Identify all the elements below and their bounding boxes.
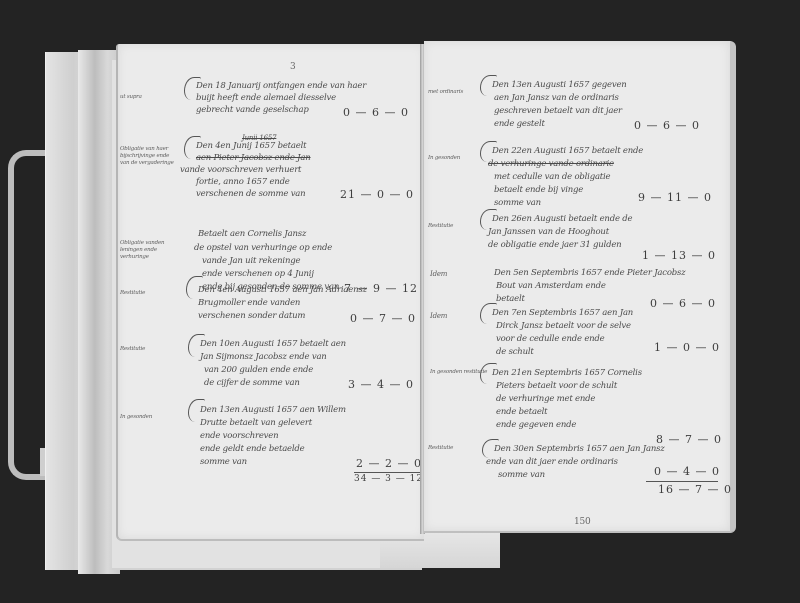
entry-line: Den 22en Augusti 1657 betaelt ende bbox=[492, 145, 643, 157]
entry-amount: 0 — 7 — 0 bbox=[350, 312, 416, 325]
entry-line: Den 7en Septembris 1657 aen Jan bbox=[492, 307, 633, 319]
margin-note: Restitutie bbox=[428, 223, 486, 230]
entry-line: voor de cedulle ende ende bbox=[496, 333, 605, 345]
margin-note: Idem bbox=[430, 271, 488, 278]
entry-line: geschreven betaelt van dit jaer bbox=[494, 105, 622, 117]
total-rule bbox=[354, 472, 422, 473]
entry-line: Betaelt aen Cornelis Jansz bbox=[198, 228, 306, 240]
entry-line: buijt heeft ende alemael diesselve bbox=[196, 92, 336, 104]
entry-line: Bout van Amsterdam ende bbox=[496, 280, 606, 292]
entry-line: fortie, anno 1657 ende bbox=[196, 176, 290, 188]
margin-note: met ordinaris bbox=[428, 89, 486, 96]
margin-note: Obligatie vanden leningen ende verhuring… bbox=[120, 240, 178, 261]
entry-line: Den 18 Januarij ontfangen ende van haer bbox=[196, 80, 366, 92]
folio-number: 150 bbox=[574, 517, 591, 527]
entry-line: Den 13en Augusti 1657 gegeven bbox=[492, 79, 627, 91]
entry-line: vande voorschreven verhuert bbox=[180, 164, 301, 176]
entry-line: aen Jan Jansz van de ordinaris bbox=[494, 92, 619, 104]
entry-line: van 200 gulden ende ende bbox=[204, 364, 313, 376]
entry-line: ende geldt ende betaelde bbox=[200, 443, 304, 455]
entry-amount: 1 — 13 — 0 bbox=[642, 249, 716, 262]
entry-line: de verhuringe vande ordinarie bbox=[488, 158, 614, 170]
entry-line: betaelt bbox=[496, 293, 525, 305]
entry-amount: 0 — 6 — 0 bbox=[650, 297, 716, 310]
entry-line: ende voorschreven bbox=[200, 430, 278, 442]
entry-line: somme van bbox=[494, 197, 541, 209]
entry-amount: 0 — 6 — 0 bbox=[634, 119, 700, 132]
entry-amount: 21 — 0 — 0 bbox=[340, 188, 414, 201]
page-total: 16 — 7 — 0 bbox=[658, 483, 732, 496]
entry-line: de cijfer de somme van bbox=[204, 377, 300, 389]
entry-amount: 3 — 4 — 0 bbox=[348, 378, 414, 391]
entry-line: ende betaelt bbox=[496, 406, 547, 418]
entry-line: de obligatie ende jaer 31 gulden bbox=[488, 239, 621, 251]
entry-line: Den 13en Augusti 1657 aen Willem bbox=[200, 404, 346, 416]
entry-line: verschenen de somme van bbox=[196, 188, 305, 200]
margin-note: In gesonden bbox=[428, 155, 486, 162]
page-top-mark: 3 bbox=[290, 62, 296, 72]
margin-note: Restitutie bbox=[120, 346, 178, 353]
entry-line: Den 30en Septembris 1657 aen Jan Jansz bbox=[494, 443, 665, 455]
entry-line: de verhuringe met ende bbox=[496, 393, 595, 405]
left-page: 3 ut supra Den 18 Januarij ontfangen end… bbox=[116, 44, 424, 541]
entry-amount: 8 — 7 — 0 bbox=[656, 433, 722, 446]
entry-line: ende gegeven ende bbox=[496, 419, 576, 431]
entry-line: aen Pieter Jacobsz ende Jan bbox=[196, 152, 311, 164]
entry-line: Den 5en Septembris 1657 ende Pieter Jaco… bbox=[494, 267, 685, 279]
entry-line: somme van bbox=[200, 456, 247, 468]
entry-line: Den 21en Septembris 1657 Cornelis bbox=[492, 367, 642, 379]
entry-line: de opstel van verhuringe op ende bbox=[194, 242, 332, 254]
entry-line: Pieters betaelt voor de schult bbox=[496, 380, 617, 392]
entry-line: somme van bbox=[498, 469, 545, 481]
margin-note: ut supra bbox=[120, 94, 178, 101]
entry-line: gebrecht vande geselschap bbox=[196, 104, 309, 116]
entry-line: ende gestelt bbox=[494, 118, 545, 130]
margin-note: Obligatie van haer bijschrijvinge ende v… bbox=[120, 146, 178, 167]
entry-amount: 9 — 11 — 0 bbox=[638, 191, 712, 204]
total-rule bbox=[646, 481, 718, 482]
margin-note: In gesonden bbox=[120, 414, 178, 421]
entry-line: Den 26en Augusti betaelt ende de bbox=[492, 213, 632, 225]
entry-line: met cedulle van de obligatie bbox=[494, 171, 610, 183]
ledger-photo: 3 ut supra Den 18 Januarij ontfangen end… bbox=[0, 0, 800, 603]
right-page: met ordinaris Den 13en Augusti 1657 gege… bbox=[424, 41, 736, 533]
entry-line: Den 4en Junij 1657 betaelt bbox=[196, 140, 306, 152]
entry-amount: 2 — 2 — 0 bbox=[356, 457, 422, 470]
entry-line: Brugmoller ende vanden bbox=[198, 297, 300, 309]
margin-note: Restitutie bbox=[428, 445, 486, 452]
entry-line: Jan Janssen van de Hooghout bbox=[488, 226, 609, 238]
entry-amount: 0 — 4 — 0 bbox=[654, 465, 720, 478]
entry-line: Jan Sijmonsz Jacobsz ende van bbox=[200, 351, 327, 363]
entry-line: de schult bbox=[496, 346, 534, 358]
entry-line: Den 4en Augusti 1657 aen Jan Adriaensz bbox=[198, 284, 367, 296]
entry-amount: 0 — 6 — 0 bbox=[343, 106, 409, 119]
entry-line: vande Jan uit rekeninge bbox=[202, 255, 300, 267]
entry-line: Drutte betaelt van gelevert bbox=[200, 417, 312, 429]
entry-line: verschenen sonder datum bbox=[198, 310, 305, 322]
page-total: 34 — 3 — 12 bbox=[354, 474, 423, 484]
entry-line: ende verschenen op 4 Junij bbox=[202, 268, 314, 280]
entry-amount: 1 — 0 — 0 bbox=[654, 341, 720, 354]
entry-line: betaelt ende bij vinge bbox=[494, 184, 583, 196]
entry-line: ende van dit jaer ende ordinaris bbox=[486, 456, 618, 468]
entry-line: Dirck Jansz betaelt voor de selve bbox=[496, 320, 631, 332]
entry-line: Den 10en Augusti 1657 betaelt aen bbox=[200, 338, 346, 350]
margin-note: Restitutie bbox=[120, 290, 178, 297]
